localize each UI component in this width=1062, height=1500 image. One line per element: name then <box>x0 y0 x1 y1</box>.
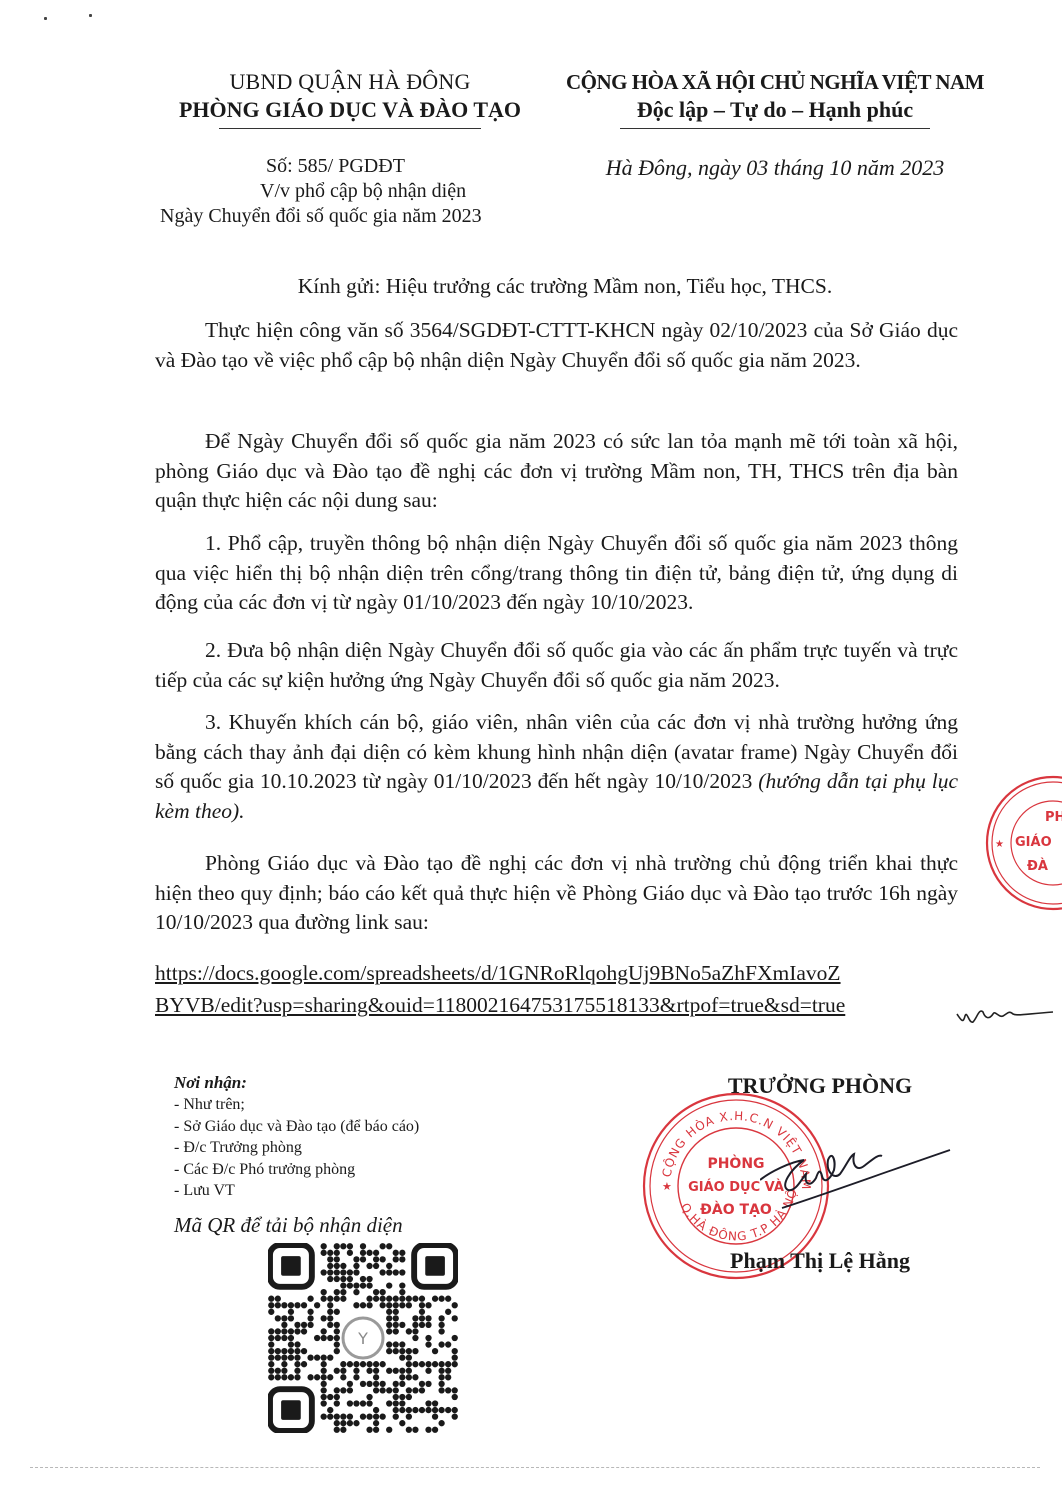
svg-text:PHÒNG: PHÒNG <box>707 1154 764 1172</box>
header-rule-right <box>620 128 930 129</box>
recipient-item: - Lưu VT <box>174 1180 494 1202</box>
signer-name: Phạm Thị Lệ Hằng <box>705 1247 935 1275</box>
document-number: Số: 585/ PGDĐT <box>150 154 550 179</box>
recipient-item: - Sở Giáo dục và Đào tạo (để báo cáo) <box>174 1116 494 1138</box>
svg-text:★: ★ <box>995 839 1004 850</box>
report-link-line-1[interactable]: https://docs.google.com/spreadsheets/d/1… <box>155 961 841 985</box>
national-motto: Độc lập – Tự do – Hạnh phúc <box>545 96 1005 124</box>
svg-text:GIÁO: GIÁO <box>1015 834 1052 850</box>
header-rule-left <box>219 128 481 129</box>
subject-line-1: V/v phổ cập bộ nhận diện <box>150 179 550 204</box>
document-reference: Số: 585/ PGDĐT V/v phổ cập bộ nhận diện … <box>150 154 550 229</box>
nation-name: CỘNG HÒA XÃ HỘI CHỦ NGHĨA VIỆT NAM <box>545 68 1005 96</box>
recipients-title: Nơi nhận: <box>174 1072 494 1094</box>
svg-text:Y: Y <box>357 1329 368 1348</box>
speck <box>44 17 47 20</box>
partial-seal-icon: PH GIÁO ĐÀ ★ <box>983 773 1062 913</box>
scan-specks <box>44 14 104 22</box>
paragraph-item-2: 2. Đưa bộ nhận diện Ngày Chuyển đổi số q… <box>155 636 958 695</box>
national-header-block: CỘNG HÒA XÃ HỘI CHỦ NGHĨA VIỆT NAM Độc l… <box>545 68 1005 129</box>
svg-text:ĐÀ: ĐÀ <box>1027 858 1048 874</box>
qr-caption: Mã QR để tải bộ nhận diện <box>174 1212 403 1238</box>
report-link-line-2[interactable]: BYVB/edit?usp=sharing&ouid=1180021647531… <box>155 993 845 1017</box>
scan-footer-line <box>30 1467 1040 1468</box>
svg-text:★: ★ <box>662 1181 672 1193</box>
issuing-authority-block: UBND QUẬN HÀ ĐÔNG PHÒNG GIÁO DỤC VÀ ĐÀO … <box>150 68 550 129</box>
handwritten-signature-icon <box>760 1130 960 1210</box>
recipients-block: Nơi nhận: - Như trên; - Sở Giáo dục và Đ… <box>174 1072 494 1202</box>
recipient-item: - Các Đ/c Phó trưởng phòng <box>174 1159 494 1181</box>
svg-text:PH: PH <box>1045 810 1062 825</box>
recipient-item: - Như trên; <box>174 1094 494 1116</box>
place-date: Hà Đông, ngày 03 tháng 10 năm 2023 <box>545 154 1005 182</box>
paragraph-request: Để Ngày Chuyển đổi số quốc gia năm 2023 … <box>155 427 958 516</box>
paragraph-closing: Phòng Giáo dục và Đào tạo đề nghị các đơ… <box>155 849 958 938</box>
paragraph-item-3: 3. Khuyến khích cán bộ, giáo viên, nhân … <box>155 708 958 826</box>
greeting: Kính gửi: Hiệu trưởng các trường Mầm non… <box>205 272 925 302</box>
speck <box>89 14 92 17</box>
qr-code-icon[interactable]: Y <box>268 1243 458 1433</box>
paragraph-item-1: 1. Phổ cập, truyền thông bộ nhận diện Ng… <box>155 529 958 618</box>
paragraph-reference: Thực hiện công văn số 3564/SGDĐT-CTTT-KH… <box>155 316 958 375</box>
department-name: PHÒNG GIÁO DỤC VÀ ĐÀO TẠO <box>150 96 550 124</box>
subject-line-2: Ngày Chuyển đổi số quốc gia năm 2023 <box>150 204 550 229</box>
report-link[interactable]: https://docs.google.com/spreadsheets/d/1… <box>155 957 965 1021</box>
initials-mark-icon <box>955 1000 1055 1030</box>
authority-name: UBND QUẬN HÀ ĐÔNG <box>150 68 550 96</box>
recipient-item: - Đ/c Trưởng phòng <box>174 1137 494 1159</box>
